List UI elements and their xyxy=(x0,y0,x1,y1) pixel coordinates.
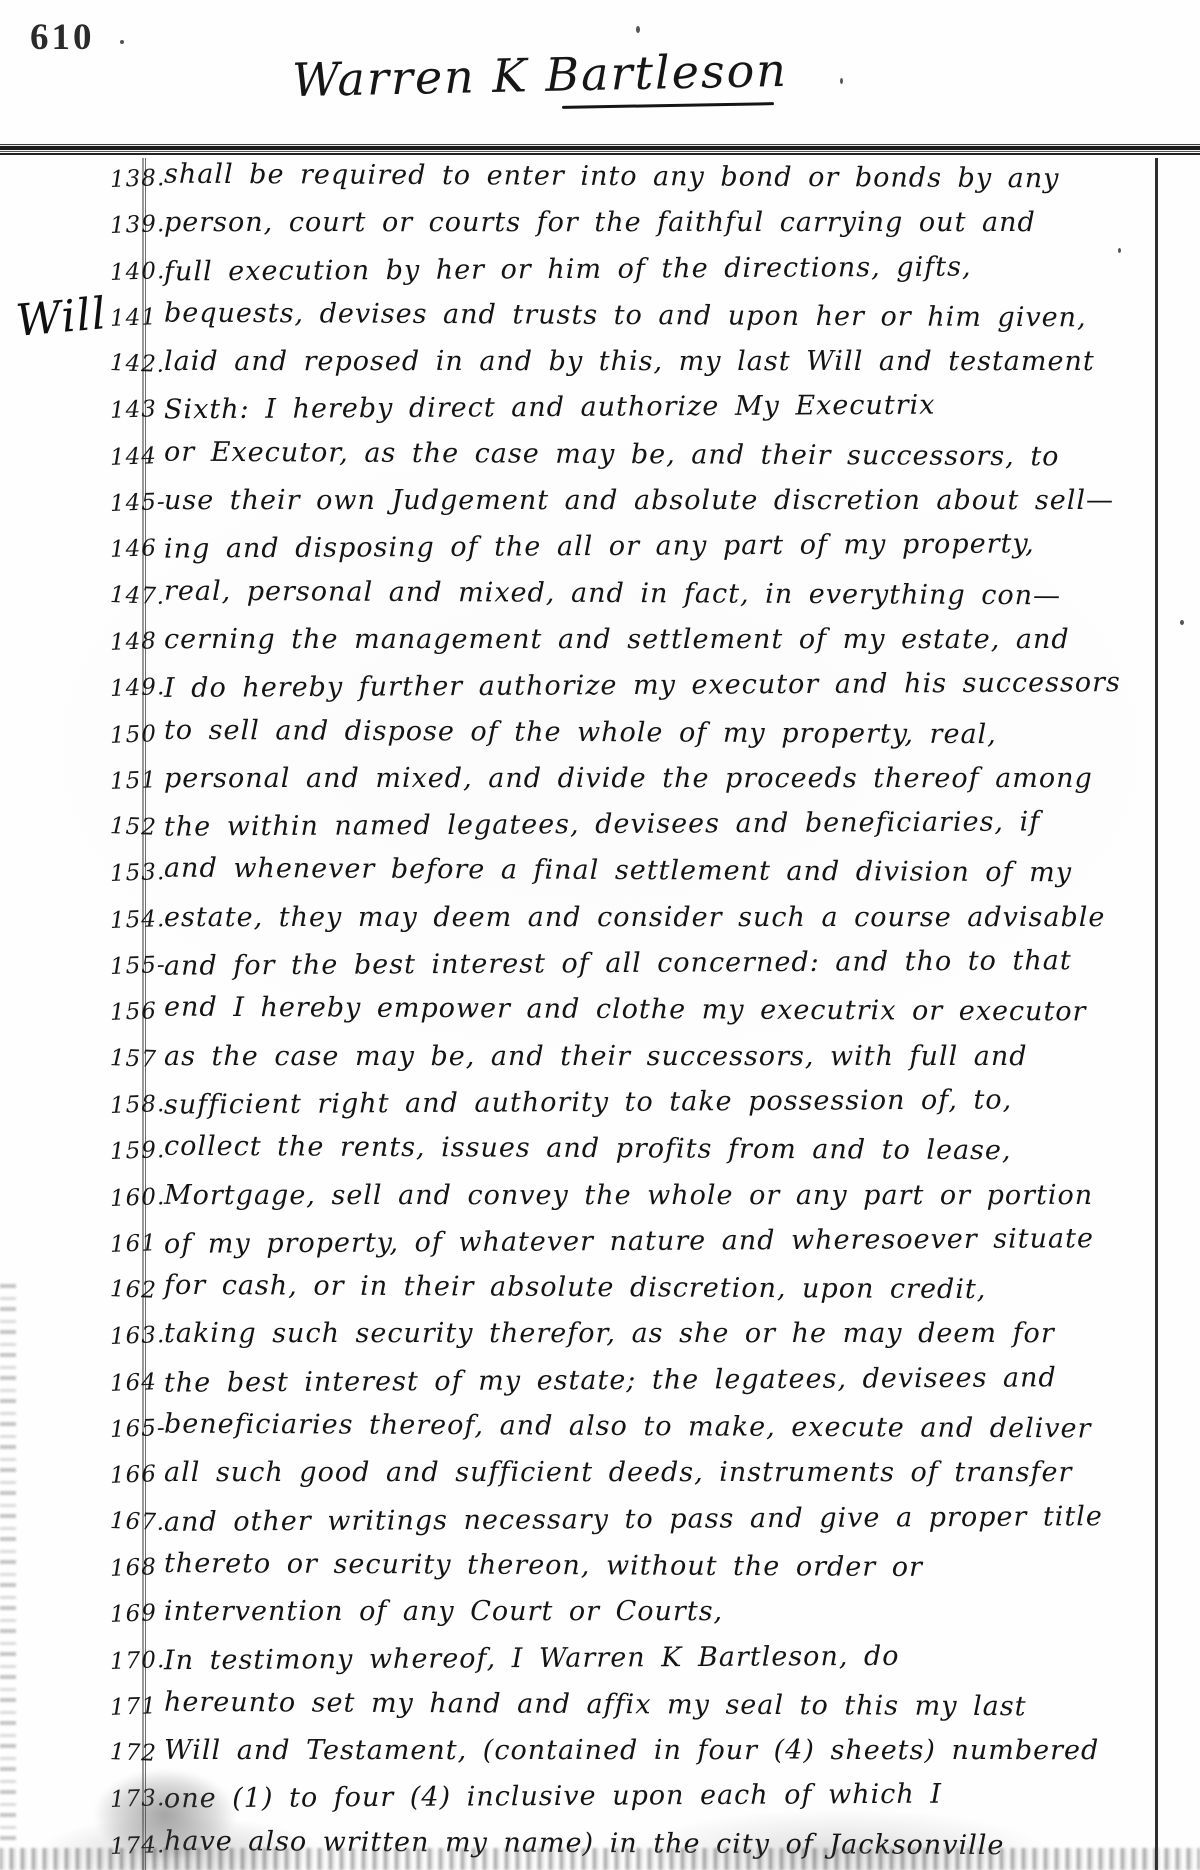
line-number: 141 xyxy=(110,304,158,332)
line-number: 146 xyxy=(110,536,158,564)
line-number: 151 xyxy=(110,767,158,795)
manuscript-line: 168 thereto or security thereon, without… xyxy=(0,1547,1200,1593)
line-text: personal and mixed, and divide the proce… xyxy=(164,763,1093,794)
page-title-handwritten: Warren K Bartleson xyxy=(289,43,790,107)
line-text: the within named legatees, devisees and … xyxy=(164,806,1040,842)
line-number: 170. xyxy=(110,1647,166,1675)
line-number: 162 xyxy=(110,1276,158,1304)
line-text: shall be required to enter into any bond… xyxy=(164,159,1060,195)
line-text: Sixth: I hereby direct and authorize My … xyxy=(164,390,936,426)
line-number: 140. xyxy=(110,258,166,286)
line-number: 152 xyxy=(110,813,158,841)
manuscript-line: 153. and whenever before a final settlem… xyxy=(0,852,1200,898)
line-text: thereto or security thereon, without the… xyxy=(164,1548,923,1583)
line-number: 139. xyxy=(110,211,166,239)
scan-speck xyxy=(120,40,124,44)
line-number: 147. xyxy=(110,582,166,610)
line-text: one (1) to four (4) inclusive upon each … xyxy=(164,1779,942,1815)
line-text: person, court or courts for the faithful… xyxy=(164,207,1036,238)
manuscript-line: 158. sufficient right and authority to t… xyxy=(0,1084,1200,1130)
manuscript-line: 152 the within named legatees, devisees … xyxy=(0,806,1200,852)
scan-smudge-bottom-left xyxy=(95,1770,235,1860)
line-number: 167. xyxy=(110,1508,166,1536)
line-number: 143 xyxy=(110,397,158,425)
line-text: and whenever before a final settlement a… xyxy=(164,853,1072,889)
line-number: 158. xyxy=(110,1091,166,1119)
line-number: 172 xyxy=(110,1739,158,1767)
line-number: 157 xyxy=(110,1045,158,1073)
line-text: laid and reposed in and by this, my last… xyxy=(164,346,1095,377)
manuscript-line: 159. collect the rents, issues and profi… xyxy=(0,1130,1200,1176)
line-text: and other writings necessary to pass and… xyxy=(164,1501,1103,1538)
line-text: to sell and dispose of the whole of my p… xyxy=(164,714,997,749)
scan-speck xyxy=(1180,620,1184,625)
line-number: 171 xyxy=(110,1693,158,1721)
line-number: 138. xyxy=(110,165,166,193)
manuscript-line: 160. Mortgage, sell and convey the whole… xyxy=(0,1177,1200,1223)
line-number: 155- xyxy=(110,952,167,980)
line-number: 166 xyxy=(110,1462,158,1490)
line-text: I do hereby further authorize my executo… xyxy=(164,667,1121,704)
manuscript-line: 141 bequests, devises and trusts to and … xyxy=(0,297,1200,343)
line-number: 149. xyxy=(110,674,166,702)
manuscript-line: 151 personal and mixed, and divide the p… xyxy=(0,760,1200,806)
manuscript-line: 145- use their own Judgement and absolut… xyxy=(0,482,1200,528)
manuscript-line: 148 cerning the management and settlemen… xyxy=(0,621,1200,667)
manuscript-line: 165- beneficiaries thereof, and also to … xyxy=(0,1408,1200,1454)
line-text: cerning the management and settlement of… xyxy=(164,624,1070,655)
line-text: hereunto set my hand and affix my seal t… xyxy=(164,1687,1027,1723)
title-underline xyxy=(562,102,774,109)
line-number: 144 xyxy=(110,443,158,471)
manuscript-line: 144 or Executor, as the case may be, and… xyxy=(0,436,1200,482)
manuscript-line: 171 hereunto set my hand and affix my se… xyxy=(0,1686,1200,1732)
manuscript-line: 138. shall be required to enter into any… xyxy=(0,158,1200,204)
manuscript-line: 146 ing and disposing of the all or any … xyxy=(0,528,1200,574)
line-text: real, personal and mixed, and in fact, i… xyxy=(164,575,1061,611)
line-text: the best interest of my estate; the lega… xyxy=(164,1362,1057,1398)
manuscript-line: 164 the best interest of my estate; the … xyxy=(0,1362,1200,1408)
line-text: and for the best interest of all concern… xyxy=(164,945,1072,982)
line-text: In testimony whereof, I Warren K Bartles… xyxy=(164,1640,900,1675)
line-number: 142. xyxy=(110,350,166,378)
line-number: 145- xyxy=(110,489,167,517)
scan-speck xyxy=(1118,248,1121,253)
manuscript-line: 167. and other writings necessary to pas… xyxy=(0,1501,1200,1547)
line-number: 156 xyxy=(110,999,158,1027)
line-text: end I hereby empower and clothe my execu… xyxy=(164,992,1087,1028)
line-text: taking such security therefor, as she or… xyxy=(164,1318,1055,1349)
line-text: full execution by her or him of the dire… xyxy=(164,251,972,287)
line-text: Mortgage, sell and convey the whole or a… xyxy=(164,1180,1093,1211)
line-text: sufficient right and authority to take p… xyxy=(164,1084,1012,1120)
line-number: 150 xyxy=(110,721,158,749)
manuscript-line: 154. estate, they may deem and consider … xyxy=(0,899,1200,945)
manuscript-line: 140. full execution by her or him of the… xyxy=(0,251,1200,297)
manuscript-line: 143 Sixth: I hereby direct and authorize… xyxy=(0,389,1200,435)
line-number: 165- xyxy=(110,1415,167,1443)
manuscript-line: 149. I do hereby further authorize my ex… xyxy=(0,667,1200,713)
line-text: all such good and sufficient deeds, inst… xyxy=(164,1457,1072,1488)
scanned-will-page: 610 Warren K Bartleson Will 138. shall b… xyxy=(0,0,1200,1870)
scan-smudge-left-edge xyxy=(0,1280,16,1840)
manuscript-line: 170. In testimony whereof, I Warren K Ba… xyxy=(0,1640,1200,1686)
line-text: of my property, of whatever nature and w… xyxy=(164,1223,1094,1260)
scan-noise-bottom-edge xyxy=(0,1848,1200,1870)
line-text: bequests, devises and trusts to and upon… xyxy=(164,297,1087,333)
line-number: 169 xyxy=(110,1600,158,1628)
line-text: collect the rents, issues and profits fr… xyxy=(164,1131,1012,1166)
manuscript-line: 162 for cash, or in their absolute discr… xyxy=(0,1269,1200,1315)
line-number: 163. xyxy=(110,1322,166,1350)
manuscript-line: 166 all such good and sufficient deeds, … xyxy=(0,1454,1200,1500)
manuscript-line: 147. real, personal and mixed, and in fa… xyxy=(0,575,1200,621)
scan-speck xyxy=(840,78,843,84)
line-number: 161 xyxy=(110,1230,158,1258)
line-number: 159. xyxy=(110,1137,166,1165)
manuscript-line: 142. laid and reposed in and by this, my… xyxy=(0,343,1200,389)
line-number: 154. xyxy=(110,906,166,934)
line-text: for cash, or in their absolute discretio… xyxy=(164,1270,986,1305)
line-number: 148 xyxy=(110,628,158,656)
line-number: 153. xyxy=(110,859,166,887)
manuscript-lines: 138. shall be required to enter into any… xyxy=(0,158,1200,1870)
line-text: use their own Judgement and absolute dis… xyxy=(164,485,1114,516)
line-text: ing and disposing of the all or any part… xyxy=(164,529,1035,565)
line-text: Will and Testament, (contained in four (… xyxy=(164,1735,1099,1766)
manuscript-line: 169 intervention of any Court or Courts, xyxy=(0,1593,1200,1639)
line-text: or Executor, as the case may be, and the… xyxy=(164,436,1060,472)
manuscript-line: 150 to sell and dispose of the whole of … xyxy=(0,714,1200,760)
manuscript-line: 139. person, court or courts for the fai… xyxy=(0,204,1200,250)
line-number: 160. xyxy=(110,1184,166,1212)
manuscript-line: 157 as the case may be, and their succes… xyxy=(0,1038,1200,1084)
manuscript-line: 155- and for the best interest of all co… xyxy=(0,945,1200,991)
line-text: estate, they may deem and consider such … xyxy=(164,902,1105,933)
line-text: as the case may be, and their successors… xyxy=(164,1041,1028,1072)
manuscript-line: 161 of my property, of whatever nature a… xyxy=(0,1223,1200,1269)
line-text: intervention of any Court or Courts, xyxy=(164,1596,723,1627)
header-double-rule xyxy=(0,143,1200,158)
line-number: 168 xyxy=(110,1554,158,1582)
page-number: 610 xyxy=(30,16,95,59)
manuscript-line: 163. taking such security therefor, as s… xyxy=(0,1315,1200,1361)
manuscript-line: 156 end I hereby empower and clothe my e… xyxy=(0,991,1200,1037)
line-number: 164 xyxy=(110,1369,158,1397)
line-text: beneficiaries thereof, and also to make,… xyxy=(164,1409,1092,1445)
scan-speck xyxy=(636,26,640,33)
